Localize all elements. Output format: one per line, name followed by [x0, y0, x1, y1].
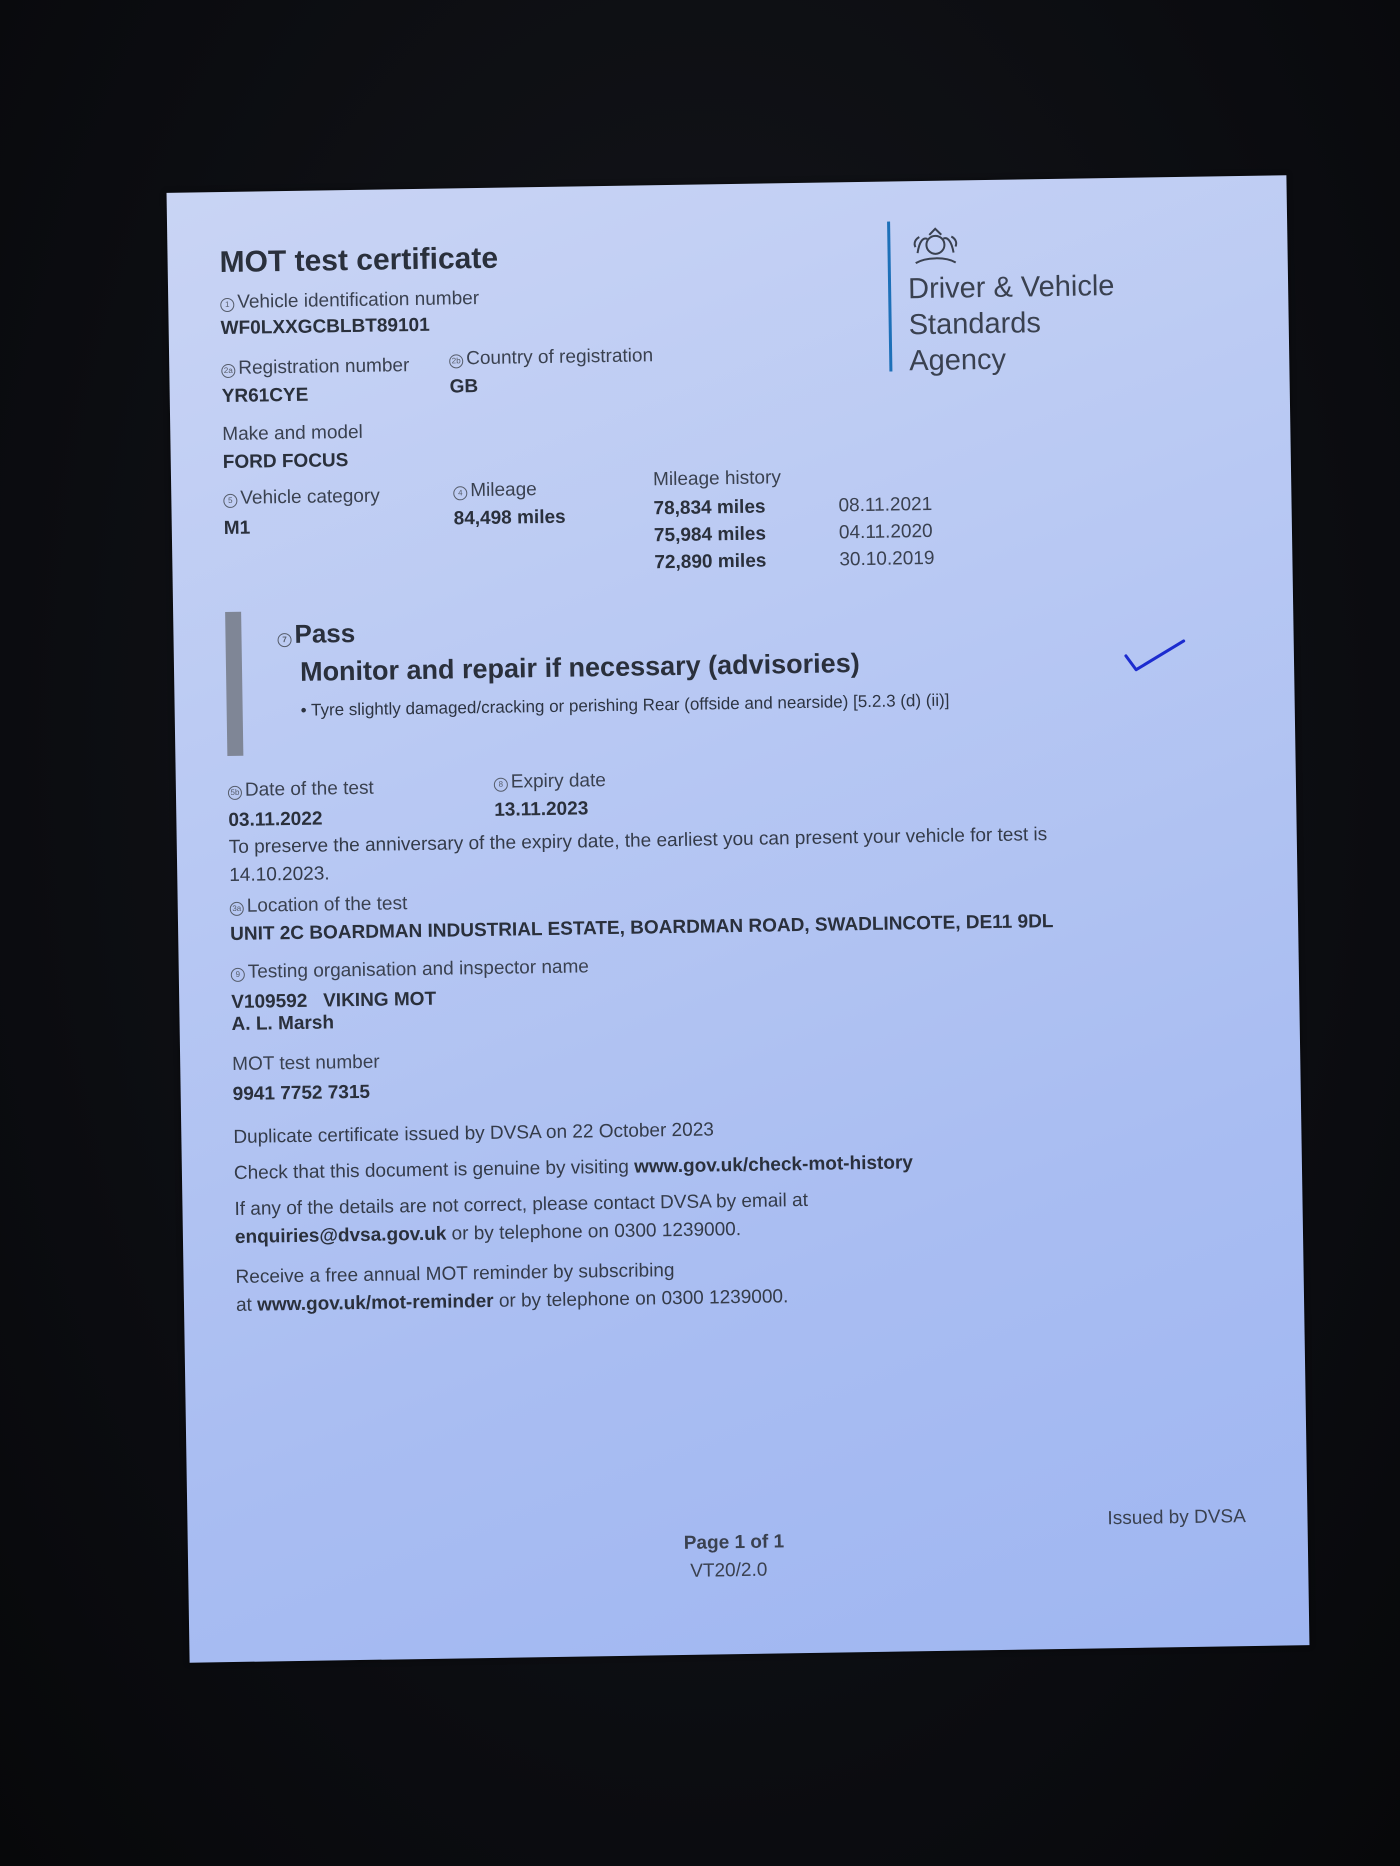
genuine-note: Check that this document is genuine by v… [234, 1149, 913, 1188]
field-number-icon: 5 [223, 494, 237, 508]
category-value: M1 [224, 518, 251, 540]
agency-line-2: Standards [908, 304, 1115, 343]
registration-label: 2aRegistration number [221, 355, 409, 380]
agency-line-1: Driver & Vehicle [908, 268, 1115, 307]
issued-by: Issued by DVSA [1107, 1506, 1246, 1530]
genuine-note-text: Check that this document is genuine by v… [234, 1157, 635, 1184]
field-number-icon: 1 [220, 298, 234, 312]
test-number-value: 9941 7752 7315 [233, 1082, 371, 1106]
location-value: UNIT 2C BOARDMAN INDUSTRIAL ESTATE, BOAR… [230, 911, 1054, 946]
royal-crest-icon [905, 222, 966, 269]
contact-note: If any of the details are not correct, p… [234, 1187, 808, 1252]
history-date: 30.10.2019 [839, 545, 935, 573]
field-number-icon: 3a [230, 902, 244, 916]
mileage-label: 4Mileage [453, 479, 537, 502]
category-label: 5Vehicle category [223, 486, 380, 510]
advisory-heading: Monitor and repair if necessary (advisor… [300, 648, 860, 688]
organisation-code: V109592 [231, 991, 307, 1013]
logo-divider [887, 222, 892, 372]
reminder-prefix: at [236, 1295, 257, 1316]
contact-phone-text: or by telephone on 0300 1239000. [446, 1219, 741, 1245]
page-number: Page 1 of 1 [684, 1531, 785, 1555]
agency-name: Driver & Vehicle Standards Agency [908, 268, 1116, 379]
expiry-date-value: 13.11.2023 [494, 798, 588, 821]
history-date: 08.11.2021 [838, 491, 932, 519]
mileage-history-label: Mileage history [653, 467, 781, 491]
category-label-text: Vehicle category [240, 486, 380, 509]
test-date-label-text: Date of the test [245, 778, 374, 801]
agency-line-3: Agency [909, 340, 1116, 379]
certificate-title: MOT test certificate [219, 242, 498, 280]
history-miles: 75,984 miles [654, 520, 799, 549]
organisation-value: V109592 VIKING MOT [231, 989, 436, 1014]
vin-value: WF0LXXGCBLBT89101 [220, 315, 429, 340]
organisation-label: 9Testing organisation and inspector name [231, 956, 589, 984]
test-number-label: MOT test number [232, 1052, 380, 1076]
field-number-icon: 9 [231, 968, 245, 982]
duplicate-note: Duplicate certificate issued by DVSA on … [233, 1116, 714, 1152]
check-mot-history-link[interactable]: www.gov.uk/check-mot-history [634, 1152, 913, 1177]
field-number-icon: 7 [277, 633, 291, 647]
make-model-value: FORD FOCUS [223, 450, 349, 474]
vin-label: 1Vehicle identification number [220, 288, 479, 314]
history-miles: 78,834 miles [653, 493, 798, 522]
advisory-text: Tyre slightly damaged/cracking or perish… [311, 691, 950, 720]
test-date-value: 03.11.2022 [228, 809, 322, 832]
advisory-item: • Tyre slightly damaged/cracking or peri… [301, 691, 950, 721]
country-value: GB [449, 376, 478, 398]
dvsa-email-link[interactable]: enquiries@dvsa.gov.uk [235, 1224, 447, 1248]
reminder-phone-text: or by telephone on 0300 1239000. [493, 1286, 788, 1312]
result-status-text: Pass [294, 618, 355, 649]
registration-value: YR61CYE [222, 385, 309, 408]
field-number-icon: 2b [449, 354, 463, 368]
result-status: 7Pass [277, 618, 355, 650]
mileage-label-text: Mileage [470, 479, 537, 501]
mot-reminder-link[interactable]: www.gov.uk/mot-reminder [257, 1291, 494, 1316]
test-date-label: 5bDate of the test [228, 778, 374, 802]
anniversary-note: To preserve the anniversary of the expir… [229, 820, 1130, 890]
location-label: 3aLocation of the test [230, 893, 408, 918]
result-indicator-bar [225, 612, 243, 756]
field-number-icon: 8 [494, 778, 508, 792]
field-number-icon: 2a [221, 364, 235, 378]
field-number-icon: 4 [453, 486, 467, 500]
mileage-history-row: 72,890 miles 30.10.2019 [654, 545, 934, 576]
mileage-history-table: 78,834 miles 08.11.2021 75,984 miles 04.… [653, 491, 934, 576]
registration-label-text: Registration number [238, 355, 409, 379]
field-number-icon: 5b [228, 786, 242, 800]
history-miles: 72,890 miles [654, 547, 799, 576]
mot-certificate-paper: MOT test certificate Driver & Vehicle St… [167, 175, 1310, 1662]
handwritten-tick-icon [1122, 635, 1189, 682]
vin-label-text: Vehicle identification number [237, 288, 479, 313]
make-model-label: Make and model [222, 422, 363, 446]
organisation-name: VIKING MOT [323, 989, 436, 1012]
organisation-label-text: Testing organisation and inspector name [248, 956, 589, 982]
country-label: 2bCountry of registration [449, 345, 653, 370]
expiry-date-label: 8Expiry date [494, 770, 606, 794]
history-date: 04.11.2020 [839, 518, 933, 546]
mileage-value: 84,498 miles [454, 507, 566, 531]
expiry-date-label-text: Expiry date [511, 770, 606, 792]
country-label-text: Country of registration [466, 345, 653, 369]
inspector-name: A. L. Marsh [231, 1012, 334, 1036]
form-code: VT20/2.0 [690, 1560, 767, 1583]
location-label-text: Location of the test [247, 893, 408, 917]
reminder-note: Receive a free annual MOT reminder by su… [235, 1255, 788, 1320]
